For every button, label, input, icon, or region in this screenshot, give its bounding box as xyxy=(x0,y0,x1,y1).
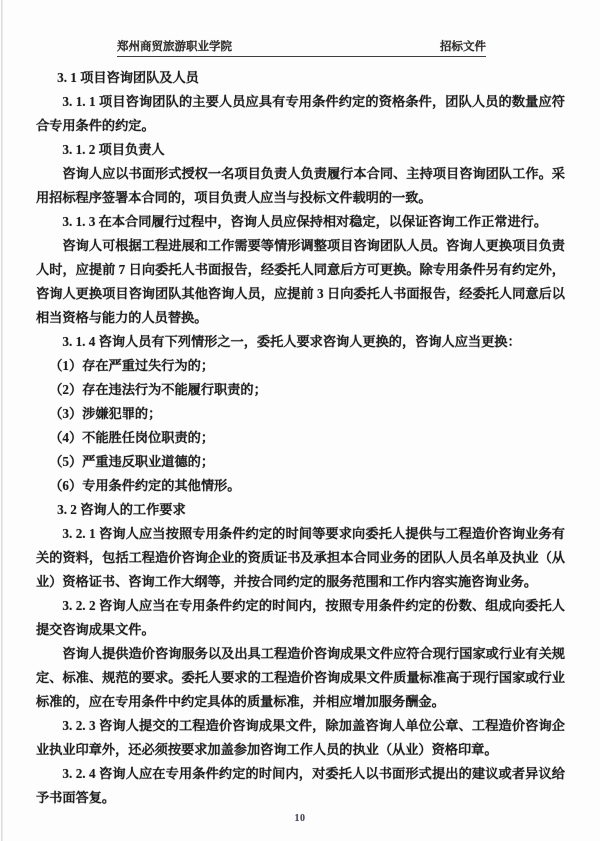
body-paragraph: 咨询人可根据工程进展和工作需要等情形调整项目咨询团队人员。咨询人更换项目负责人时… xyxy=(36,234,565,330)
section-heading-paragraph: 3. 1 项目咨询团队及人员 xyxy=(36,66,565,90)
list-item-paragraph: （2）存在违法行为不能履行职责的； xyxy=(36,378,565,402)
body-paragraph: 咨询人应以书面形式授权一名项目负责人负责履行本合同、主持项目咨询团队工作。采用招… xyxy=(36,162,565,210)
list-item-paragraph: （5）严重违反职业道德的； xyxy=(36,450,565,474)
body-paragraph: 3. 2. 2 咨询人应当在专用条件约定的时间内，按照专用条件约定的份数、组成向… xyxy=(36,594,565,642)
page-footer: 10 xyxy=(0,813,600,824)
header-school-name: 郑州商贸旅游职业学院 xyxy=(117,38,232,54)
body-paragraph: 3. 1. 1 项目咨询团队的主要人员应具有专用条件约定的资格条件，团队人员的数… xyxy=(36,90,565,138)
body-paragraph: 3. 1. 4 咨询人员有下列情形之一，委托人要求咨询人更换的，咨询人应当更换： xyxy=(36,330,565,354)
page-edge-shadow xyxy=(1,0,3,841)
list-item-paragraph: （3）涉嫌犯罪的； xyxy=(36,402,565,426)
body-paragraph: 3. 2. 3 咨询人提交的工程造价咨询成果文件，除加盖咨询人单位公章、工程造价… xyxy=(36,714,565,762)
section-heading-paragraph: 3. 2 咨询人的工作要求 xyxy=(36,498,565,522)
body-paragraph: 3. 1. 3 在本合同履行过程中，咨询人员应保持相对稳定，以保证咨询工作正常进… xyxy=(36,210,565,234)
page-number: 10 xyxy=(295,813,306,824)
document-page: 郑州商贸旅游职业学院 招标文件 3. 1 项目咨询团队及人员3. 1. 1 项目… xyxy=(0,0,600,841)
body-paragraph: 咨询人提供造价咨询服务以及出具工程造价咨询成果文件应符合现行国家或行业有关规定、… xyxy=(36,642,565,714)
list-item-paragraph: （6）专用条件约定的其他情形。 xyxy=(36,474,565,498)
document-body: 3. 1 项目咨询团队及人员3. 1. 1 项目咨询团队的主要人员应具有专用条件… xyxy=(36,66,565,810)
header-doc-type: 招标文件 xyxy=(440,38,486,54)
list-item-paragraph: （4）不能胜任岗位职责的； xyxy=(36,426,565,450)
list-item-paragraph: （1）存在严重过失行为的； xyxy=(36,354,565,378)
page-header: 郑州商贸旅游职业学院 招标文件 xyxy=(117,38,486,57)
body-paragraph: 3. 2. 1 咨询人应当按照专用条件约定的时间等要求向委托人提供与工程造价咨询… xyxy=(36,522,565,594)
body-paragraph: 3. 2. 4 咨询人应在专用条件约定的时间内，对委托人以书面形式提出的建议或者… xyxy=(36,762,565,810)
sub-heading-paragraph: 3. 1. 2 项目负责人 xyxy=(36,138,565,162)
